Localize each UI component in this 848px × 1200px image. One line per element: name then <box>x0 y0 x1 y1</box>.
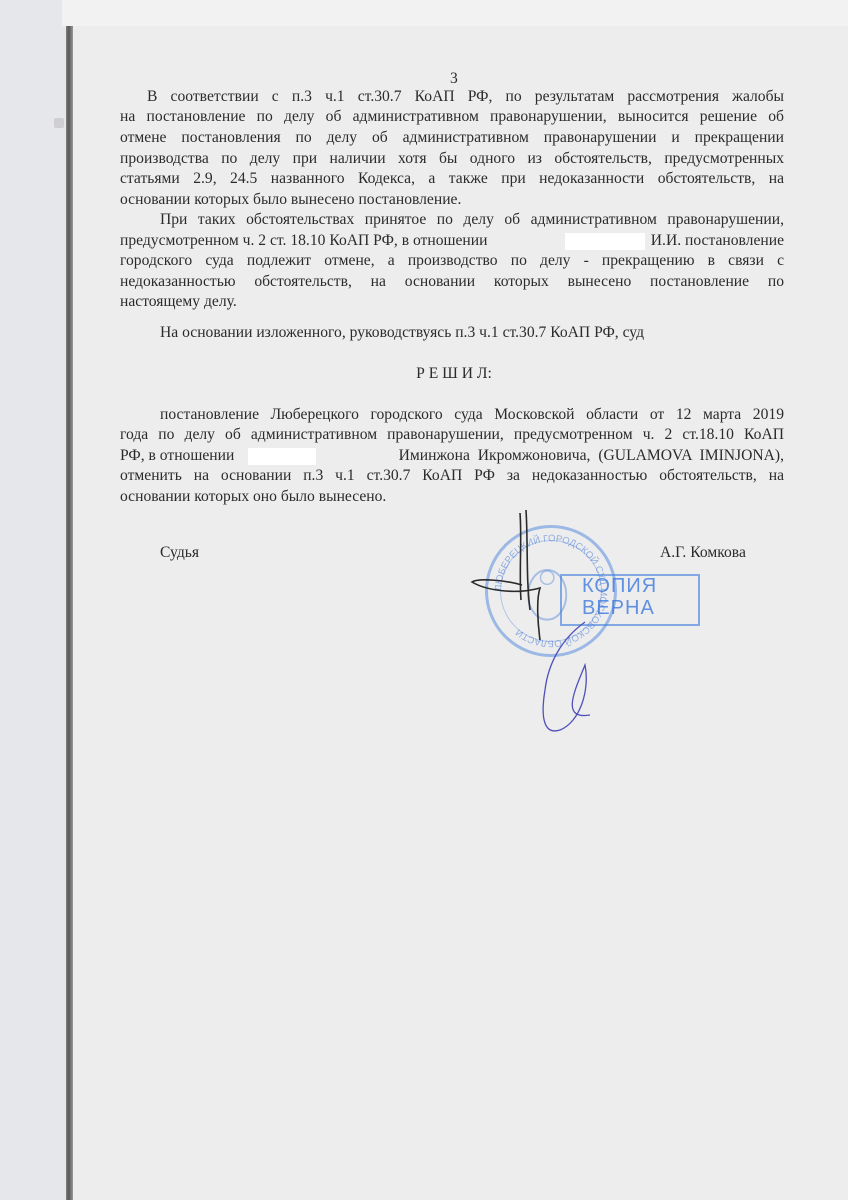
handwritten-signature-icon <box>0 0 848 1200</box>
